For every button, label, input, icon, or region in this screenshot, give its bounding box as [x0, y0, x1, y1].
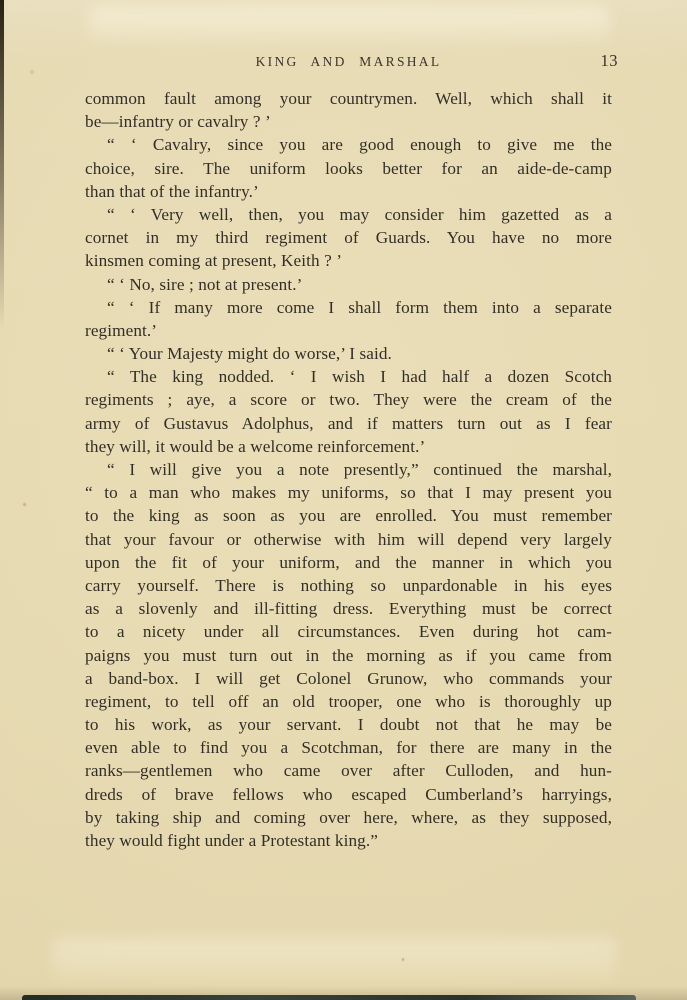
text-line: army of Gustavus Adolphus, and if matter… [85, 412, 612, 435]
text-line: they will, it would be a welcome reinfor… [85, 435, 612, 458]
paper-speck [488, 796, 493, 800]
paragraph: “ ‘ No, sire ; not at present.’ [85, 273, 612, 296]
text-line: even able to find you a Scotchman, for t… [85, 736, 612, 759]
text-line: kinsmen coming at present, Keith ? ’ [85, 249, 612, 272]
paragraph: “ I will give you a note presently,” con… [85, 458, 612, 852]
paragraph: “ ‘ Your Majesty might do worse,’ I said… [85, 342, 612, 365]
scan-edge-bottom [22, 995, 636, 1000]
text-line: “ ‘ Cavalry, since you are good enough t… [85, 133, 612, 156]
text-line: choice, sire. The uniform looks better f… [85, 157, 612, 180]
text-block: common fault among your countrymen. Well… [85, 87, 612, 852]
running-title: KING AND MARSHAL [85, 53, 612, 70]
paper-speck [30, 70, 34, 74]
paper-speck [402, 958, 404, 961]
text-line: that your favour or otherwise with him w… [85, 528, 612, 551]
text-line: they would fight under a Protestant king… [85, 829, 612, 852]
text-line: by taking ship and coming over here, whe… [85, 806, 612, 829]
text-line: to the king as soon as you are enrolled.… [85, 504, 612, 527]
paragraph: common fault among your countrymen. Well… [85, 87, 612, 133]
paragraph: “ ‘ Very well, then, you may consider hi… [85, 203, 612, 273]
text-line: be—infantry or cavalry ? ’ [85, 110, 612, 133]
scan-light-streak-top [88, 6, 610, 42]
text-line: dreds of brave fellows who escaped Cumbe… [85, 783, 612, 806]
text-line: ranks—gentlemen who came over after Cull… [85, 759, 612, 782]
text-line: regiment.’ [85, 319, 612, 342]
text-line: to a nicety under all circumstances. Eve… [85, 620, 612, 643]
text-line: “ to a man who makes my uniforms, so tha… [85, 481, 612, 504]
text-line: “ The king nodded. ‘ I wish I had half a… [85, 365, 612, 388]
scan-edge-left [0, 0, 4, 330]
text-line: a band-box. I will get Colonel Grunow, w… [85, 667, 612, 690]
paragraph: “ ‘ If many more come I shall form them … [85, 296, 612, 342]
page-number: 13 [601, 51, 619, 71]
scan-light-streak-bottom [52, 938, 617, 980]
text-line: common fault among your countrymen. Well… [85, 87, 612, 110]
page-header: KING AND MARSHAL 13 [85, 53, 612, 70]
paper-speck [23, 503, 26, 506]
text-line: paigns you must turn out in the morning … [85, 644, 612, 667]
text-line: regiments ; aye, a score or two. They we… [85, 388, 612, 411]
text-line: “ ‘ Very well, then, you may consider hi… [85, 203, 612, 226]
text-line: “ ‘ Your Majesty might do worse,’ I said… [85, 342, 612, 365]
text-line: upon the fit of your uniform, and the ma… [85, 551, 612, 574]
text-line: as a slovenly and ill-fitting dress. Eve… [85, 597, 612, 620]
text-line: to his work, as your servant. I doubt no… [85, 713, 612, 736]
text-line: regiment, to tell off an old trooper, on… [85, 690, 612, 713]
paragraph: “ The king nodded. ‘ I wish I had half a… [85, 365, 612, 458]
text-line: “ ‘ No, sire ; not at present.’ [85, 273, 612, 296]
text-line: than that of the infantry.’ [85, 180, 612, 203]
book-page-scan: KING AND MARSHAL 13 common fault among y… [0, 0, 687, 1000]
text-line: cornet in my third regiment of Guards. Y… [85, 226, 612, 249]
text-line: “ ‘ If many more come I shall form them … [85, 296, 612, 319]
paragraph: “ ‘ Cavalry, since you are good enough t… [85, 133, 612, 203]
text-line: carry yourself. There is nothing so unpa… [85, 574, 612, 597]
text-line: “ I will give you a note presently,” con… [85, 458, 612, 481]
